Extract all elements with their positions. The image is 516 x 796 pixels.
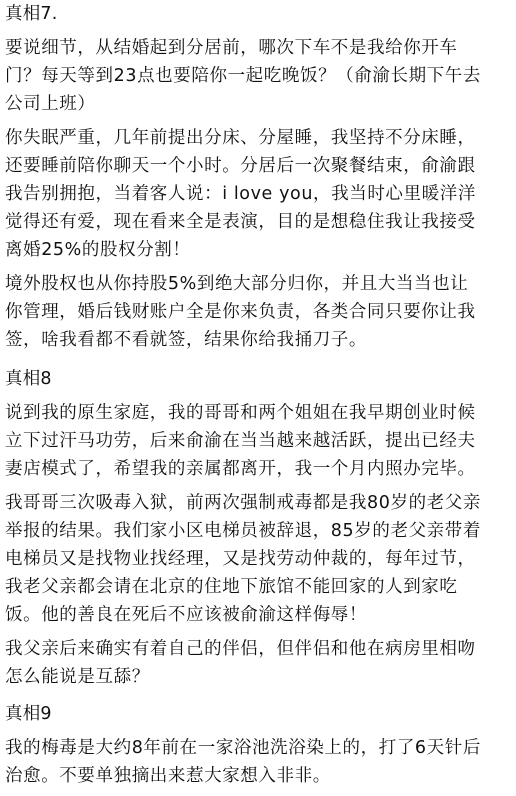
section-truth-8: 真相8 说到我的原生家庭，我的哥哥和两个姐姐在我早期创业时候 立下过汗马功劳，后… bbox=[5, 365, 510, 691]
section-heading: 真相7. bbox=[5, 0, 510, 28]
section-heading: 真相9 bbox=[5, 700, 510, 728]
paragraph: 我的梅毒是大约8年前在一家浴池洗浴染上的，打了6天针后 治愈。不要单独摘出来惹大… bbox=[5, 734, 510, 790]
text-line: 境外股权也从你持股5%到绝大部分归你，并且大当当也让 bbox=[5, 270, 510, 298]
text-line: 离婚25%的股权分割！ bbox=[5, 236, 510, 264]
text-line: 电梯员又是找物业找经理，又是找劳动仲裁的，每年过节， bbox=[5, 545, 510, 573]
text-line: 签，啥我看都不看就签，结果你给我捅刀子。 bbox=[5, 326, 510, 354]
text-line: 门？每天等到23点也要陪你一起吃晚饭？（俞渝长期下午去 bbox=[5, 62, 510, 90]
text-line: 我哥哥三次吸毒入狱，前两次强制戒毒都是我80岁的老父亲 bbox=[5, 489, 510, 517]
text-line: 要说细节，从结婚起到分居前，哪次下车不是我给你开车 bbox=[5, 34, 510, 62]
text-line: 我父亲后来确实有着自己的伴侣，但伴侣和他在病房里相吻 bbox=[5, 635, 510, 663]
text-line: 怎么能说是互舔？ bbox=[5, 663, 510, 691]
text-line: 还要睡前陪你聊天一个小时。分居后一次聚餐结束，俞渝跟 bbox=[5, 152, 510, 180]
text-line: 饭。他的善良在死后不应该被俞渝这样侮辱！ bbox=[5, 601, 510, 629]
paragraph: 我父亲后来确实有着自己的伴侣，但伴侣和他在病房里相吻 怎么能说是互舔？ bbox=[5, 635, 510, 691]
text-line: 举报的结果。我们家小区电梯员被辞退，85岁的老父亲带着 bbox=[5, 517, 510, 545]
text-line: 妻店模式了，希望我的亲属都离开，我一个月内照办完毕。 bbox=[5, 455, 510, 483]
text-line: 你失眠严重，几年前提出分床、分屋睡，我坚持不分床睡， bbox=[5, 124, 510, 152]
section-truth-7: 真相7. 要说细节，从结婚起到分居前，哪次下车不是我给你开车 门？每天等到23点… bbox=[5, 0, 510, 354]
paragraph: 境外股权也从你持股5%到绝大部分归你，并且大当当也让 你管理，婚后钱财账户全是你… bbox=[5, 270, 510, 354]
text-line: 觉得还有爱，现在看来全是表演，目的是想稳住我让我接受 bbox=[5, 208, 510, 236]
text-line: 说到我的原生家庭，我的哥哥和两个姐姐在我早期创业时候 bbox=[5, 399, 510, 427]
document-page: 真相7. 要说细节，从结婚起到分居前，哪次下车不是我给你开车 门？每天等到23点… bbox=[0, 0, 516, 796]
paragraph: 说到我的原生家庭，我的哥哥和两个姐姐在我早期创业时候 立下过汗马功劳，后来俞渝在… bbox=[5, 399, 510, 483]
text-line: 治愈。不要单独摘出来惹大家想入非非。 bbox=[5, 762, 510, 790]
text-line: 我的梅毒是大约8年前在一家浴池洗浴染上的，打了6天针后 bbox=[5, 734, 510, 762]
paragraph: 要说细节，从结婚起到分居前，哪次下车不是我给你开车 门？每天等到23点也要陪你一… bbox=[5, 34, 510, 118]
section-heading: 真相8 bbox=[5, 365, 510, 393]
section-truth-9: 真相9 我的梅毒是大约8年前在一家浴池洗浴染上的，打了6天针后 治愈。不要单独摘… bbox=[5, 700, 510, 790]
text-line: 我告别拥抱，当着客人说：i love you，我当时心里暖洋洋 bbox=[5, 180, 510, 208]
paragraph: 我哥哥三次吸毒入狱，前两次强制戒毒都是我80岁的老父亲 举报的结果。我们家小区电… bbox=[5, 489, 510, 629]
paragraph: 你失眠严重，几年前提出分床、分屋睡，我坚持不分床睡， 还要睡前陪你聊天一个小时。… bbox=[5, 124, 510, 264]
text-line: 立下过汗马功劳，后来俞渝在当当越来越活跃，提出已经夫 bbox=[5, 427, 510, 455]
text-line: 我老父亲都会请在北京的住地下旅馆不能回家的人到家吃 bbox=[5, 573, 510, 601]
text-line: 公司上班） bbox=[5, 90, 510, 118]
text-line: 你管理，婚后钱财账户全是你来负责，各类合同只要你让我 bbox=[5, 298, 510, 326]
